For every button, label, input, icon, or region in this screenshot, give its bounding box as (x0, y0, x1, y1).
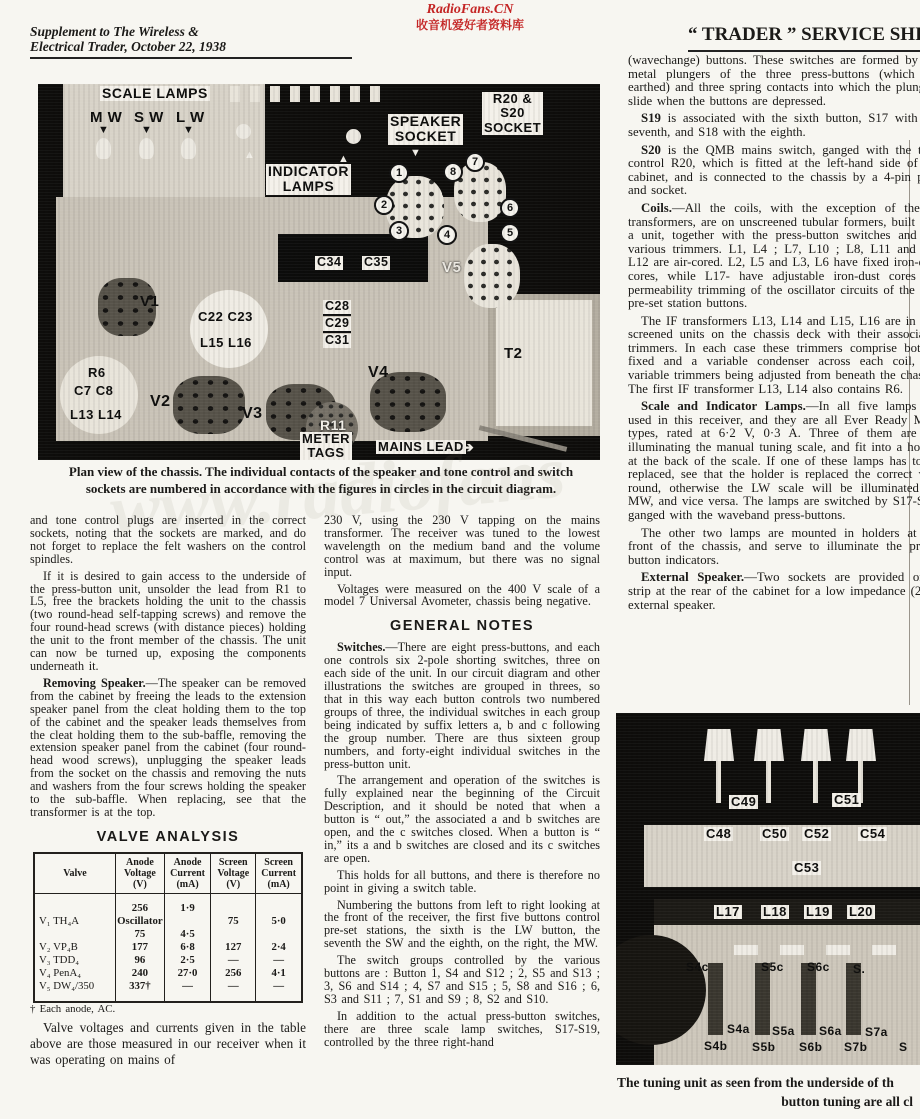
photo-label-t2: T2 (504, 346, 523, 361)
paragraph: Numbering the buttons from left to right… (324, 899, 600, 951)
paragraph: The switch groups controlled by the vari… (324, 954, 600, 1006)
valve-v4 (370, 372, 446, 432)
arrow-up-icon: ▲ (244, 150, 255, 161)
paragraph: Voltages were measured on the 400 V scal… (324, 583, 600, 609)
condenser-band (278, 234, 428, 282)
arrow-down-icon: ▼ (183, 125, 194, 136)
photo-label-mw: M W (90, 110, 122, 125)
photo-label-sw: S W (134, 110, 164, 125)
press-button (270, 86, 280, 102)
tuning-button (754, 729, 784, 761)
masthead-left: Supplement to The Wireless & Electrical … (30, 24, 352, 59)
masthead-right: “ TRADER ” SERVICE SHI (688, 24, 920, 52)
table-cell: V₂ VP₄B (34, 941, 115, 954)
valve-analysis-heading: VALVE ANALYSIS (30, 829, 306, 845)
table-cell: 337† (115, 980, 164, 1002)
column-left: and tone control plugs are inserted in t… (30, 514, 306, 1068)
paragraph: S20 is the QMB mains switch, ganged with… (628, 144, 920, 198)
photo-label-l20: L20 (847, 905, 875, 919)
press-button (350, 86, 360, 102)
table-cell: 127 (211, 941, 256, 954)
press-button (290, 86, 300, 102)
table-footnote: † Each anode, AC. (30, 1003, 306, 1016)
press-button (330, 86, 340, 102)
paragraph: (wavechange) buttons. These switches are… (628, 54, 920, 108)
tuning-button (704, 729, 734, 761)
watermark-subtitle: 收音机爱好者资料库 (330, 18, 610, 32)
pin-number-4: 4 (437, 225, 457, 245)
table-row: V₄ PenA₄ 240 27·0 256 4·1 (34, 967, 302, 980)
paragraph: Scale and Indicator Lamps.—In all five l… (628, 400, 920, 522)
photo-label-s5a: S5a (772, 1025, 795, 1037)
table-cell: 4·1 (256, 967, 302, 980)
contact-strip (734, 945, 758, 955)
photo-label-r11: R11 (320, 418, 346, 432)
paragraph: Valve voltages and currents given in the… (30, 1020, 306, 1068)
contact-strip (872, 945, 896, 955)
column-middle: 230 V, using the 230 V tapping on the ma… (324, 514, 600, 1049)
watermark-title: RadioFans.CN (330, 2, 610, 18)
press-button (230, 86, 240, 102)
paragraph: 230 V, using the 230 V tapping on the ma… (324, 514, 600, 579)
table-cell: V₃ TDD₄ (34, 954, 115, 967)
photo-label-s7a: S7a (865, 1026, 888, 1038)
press-button (310, 86, 320, 102)
photo-label-c31: C31 (323, 334, 351, 348)
photo-label-s8b: S (899, 1041, 908, 1053)
paragraph: The IF transformers L13, L14 and L15, L1… (628, 315, 920, 397)
tuning-unit-photo: C49 C51 C48 C50 C52 C54 C53 L17 L18 L19 … (616, 713, 920, 1065)
photo-label-v5: V5 (442, 260, 461, 275)
table-cell: V₁ TH₄A (34, 893, 115, 941)
pin-number-8: 8 (443, 162, 463, 182)
table-cell: 5·0 (256, 893, 302, 941)
general-notes-heading: GENERAL NOTES (324, 618, 600, 634)
paragraph: Switches.—There are eight press-buttons,… (324, 641, 600, 770)
photo-label-c49: C49 (729, 795, 758, 809)
caption-line: The tuning unit as seen from the undersi… (617, 1073, 917, 1092)
tuning-button-stem (813, 761, 818, 803)
photo-label-s7b: S7b (844, 1041, 868, 1053)
photo1-caption: Plan view of the chassis. The individual… (30, 464, 612, 497)
trimmer-c22-c23 (190, 290, 268, 368)
table-cell: V₅ DW₄/350 (34, 980, 115, 1002)
photo-label-c51: C51 (832, 793, 861, 807)
tuning-button (846, 729, 876, 761)
switch-stack (708, 963, 723, 1035)
table-cell: 96 (115, 954, 164, 967)
pin-number-7: 7 (465, 152, 485, 172)
caption-line: Plan view of the chassis. The individual… (30, 464, 612, 481)
transformer-t2 (496, 300, 592, 426)
indicator-lamp (346, 129, 361, 144)
paragraph: In addition to the actual press-button s… (324, 1010, 600, 1049)
pin-number-3: 3 (389, 221, 409, 241)
scale-lamp-bulb (139, 138, 154, 159)
pin-number-5: 5 (500, 223, 520, 243)
photo-label-s4a: S4a (727, 1023, 750, 1035)
table-cell: 1·9 4·5 (164, 893, 210, 941)
photo-label-c50: C50 (760, 827, 789, 841)
photo-label-c48: C48 (704, 827, 733, 841)
indicator-lamp (236, 124, 251, 139)
table-cell: 75 (211, 893, 256, 941)
magazine-page: RadioFans.CN 收音机爱好者资料库 Supplement to The… (0, 0, 920, 1119)
arrow-right-icon: ➔ (462, 442, 474, 453)
table-cell: 6·8 (164, 941, 210, 954)
table-cell: 2·5 (164, 954, 210, 967)
photo-label-v4: V4 (368, 365, 389, 381)
table-cell: — (211, 980, 256, 1002)
paragraph: The arrangement and operation of the swi… (324, 774, 600, 864)
photo-label-r6: R6 (88, 366, 106, 379)
table-header: Anode Current (mA) (164, 853, 210, 894)
paragraph: If it is desired to gain access to the u… (30, 570, 306, 673)
table-cell: — (164, 980, 210, 1002)
paragraph: External Speaker.—Two sockets are provid… (628, 571, 920, 612)
table-header-row: Valve Anode Voltage (V) Anode Current (m… (34, 853, 302, 894)
photo-label-speaker-socket: SPEAKERSOCKET (388, 114, 463, 145)
table-cell: 2·4 (256, 941, 302, 954)
contact-strip (826, 945, 850, 955)
table-header: Screen Voltage (V) (211, 853, 256, 894)
photo-label-v3: V3 (242, 406, 263, 422)
photo-label-v2: V2 (150, 394, 171, 410)
pin-number-6: 6 (500, 198, 520, 218)
photo-label-l15-l16: L15 L16 (200, 336, 252, 349)
paragraph: and tone control plugs are inserted in t… (30, 514, 306, 566)
masthead-left-line2: Electrical Trader, October 22, 1938 (30, 39, 352, 54)
table-row: V₁ TH₄A 256 Oscillator 75 1·9 4·5 75 5·0 (34, 893, 302, 941)
paragraph: The other two lamps are mounted in holde… (628, 527, 920, 568)
chassis-photo: SCALE LAMPS M W S W L W ▼ ▼ ▼ ▲ ▲ INDICA… (38, 84, 600, 460)
press-button (370, 86, 380, 102)
paragraph: Removing Speaker.—The speaker can be rem… (30, 677, 306, 819)
photo-label-l19: L19 (804, 905, 832, 919)
table-row: V₅ DW₄/350 337† — — — (34, 980, 302, 1002)
table-cell: 256 Oscillator 75 (115, 893, 164, 941)
caption-line: sockets are numbered in accordance with … (30, 481, 612, 498)
table-header: Valve (34, 853, 115, 894)
photo-label-c7-c8: C7 C8 (74, 384, 113, 397)
photo-label-c34: C34 (315, 256, 343, 270)
table-cell: 27·0 (164, 967, 210, 980)
photo-label-r20-s20-socket: R20 &S20SOCKET (482, 92, 543, 135)
table-cell: — (256, 980, 302, 1002)
photo-label-c53: C53 (792, 861, 821, 875)
photo-label-s7c: S. (853, 963, 865, 975)
scale-lamp-bulb (181, 138, 196, 159)
table-cell: 240 (115, 967, 164, 980)
v5-socket (464, 244, 520, 308)
photo-label-s6b: S6b (799, 1041, 823, 1053)
photo-label-indicator-lamps: INDICATORLAMPS (266, 164, 351, 195)
table-cell: — (211, 954, 256, 967)
table-row: V₃ TDD₄ 96 2·5 — — (34, 954, 302, 967)
photo-label-s5c: S5c (761, 961, 784, 973)
pin-number-1: 1 (389, 163, 409, 183)
masthead-left-line1: Supplement to The Wireless & (30, 24, 352, 39)
photo-label-c54: C54 (858, 827, 887, 841)
photo-label-s6c: S6c (807, 961, 830, 973)
paragraph: This holds for all buttons, and there is… (324, 869, 600, 895)
tuning-button (801, 729, 831, 761)
paragraph: Coils.—All the coils, with the exception… (628, 202, 920, 311)
table-cell: V₄ PenA₄ (34, 967, 115, 980)
photo-label-s4b: S4b (704, 1040, 728, 1052)
pin-number-2: 2 (374, 195, 394, 215)
photo-label-meter-tags: METERTAGS (300, 432, 352, 460)
table-header: Screen Current (mA) (256, 853, 302, 894)
arrow-down-icon: ▼ (98, 125, 109, 136)
photo-label-scale-lamps: SCALE LAMPS (100, 86, 210, 101)
table-cell: — (256, 954, 302, 967)
press-button (250, 86, 260, 102)
photo-label-mains-lead: MAINS LEAD (376, 440, 466, 454)
table-cell: 177 (115, 941, 164, 954)
photo-label-s5b: S5b (752, 1041, 776, 1053)
photo-label-l18: L18 (761, 905, 789, 919)
photo-label-c35: C35 (362, 256, 390, 270)
photo-label-l13-l14: L13 L14 (70, 408, 122, 421)
photo-label-c29: C29 (323, 317, 351, 333)
photo-label-s6a: S6a (819, 1025, 842, 1037)
photo-label-l17: L17 (714, 905, 742, 919)
tuning-button-stem (766, 761, 771, 803)
table-cell: 256 (211, 967, 256, 980)
table-row: V₂ VP₄B 177 6·8 127 2·4 (34, 941, 302, 954)
photo2-caption: The tuning unit as seen from the undersi… (617, 1073, 917, 1111)
photo-label-s4c: S4c (686, 961, 709, 973)
valve-v2 (173, 376, 245, 434)
paragraph: S19 is associated with the sixth button,… (628, 112, 920, 139)
valve-analysis-table: Valve Anode Voltage (V) Anode Current (m… (33, 852, 303, 1003)
arrow-down-icon: ▼ (141, 125, 152, 136)
caption-line: button tuning are all cl (617, 1092, 917, 1111)
photo-label-c22-c23: C22 C23 (198, 310, 253, 323)
photo-label-v1: V1 (140, 294, 159, 309)
photo-label-c52: C52 (802, 827, 831, 841)
contact-strip (780, 945, 804, 955)
tuning-button-stem (716, 761, 721, 803)
site-watermark: RadioFans.CN 收音机爱好者资料库 (330, 2, 610, 32)
scale-lamp-bulb (96, 138, 111, 159)
table-header: Anode Voltage (V) (115, 853, 164, 894)
arrow-down-icon: ▼ (410, 148, 421, 159)
photo-label-c28: C28 (323, 300, 351, 316)
photo-label-lw: L W (176, 110, 205, 125)
column-right: (wavechange) buttons. These switches are… (628, 54, 920, 612)
